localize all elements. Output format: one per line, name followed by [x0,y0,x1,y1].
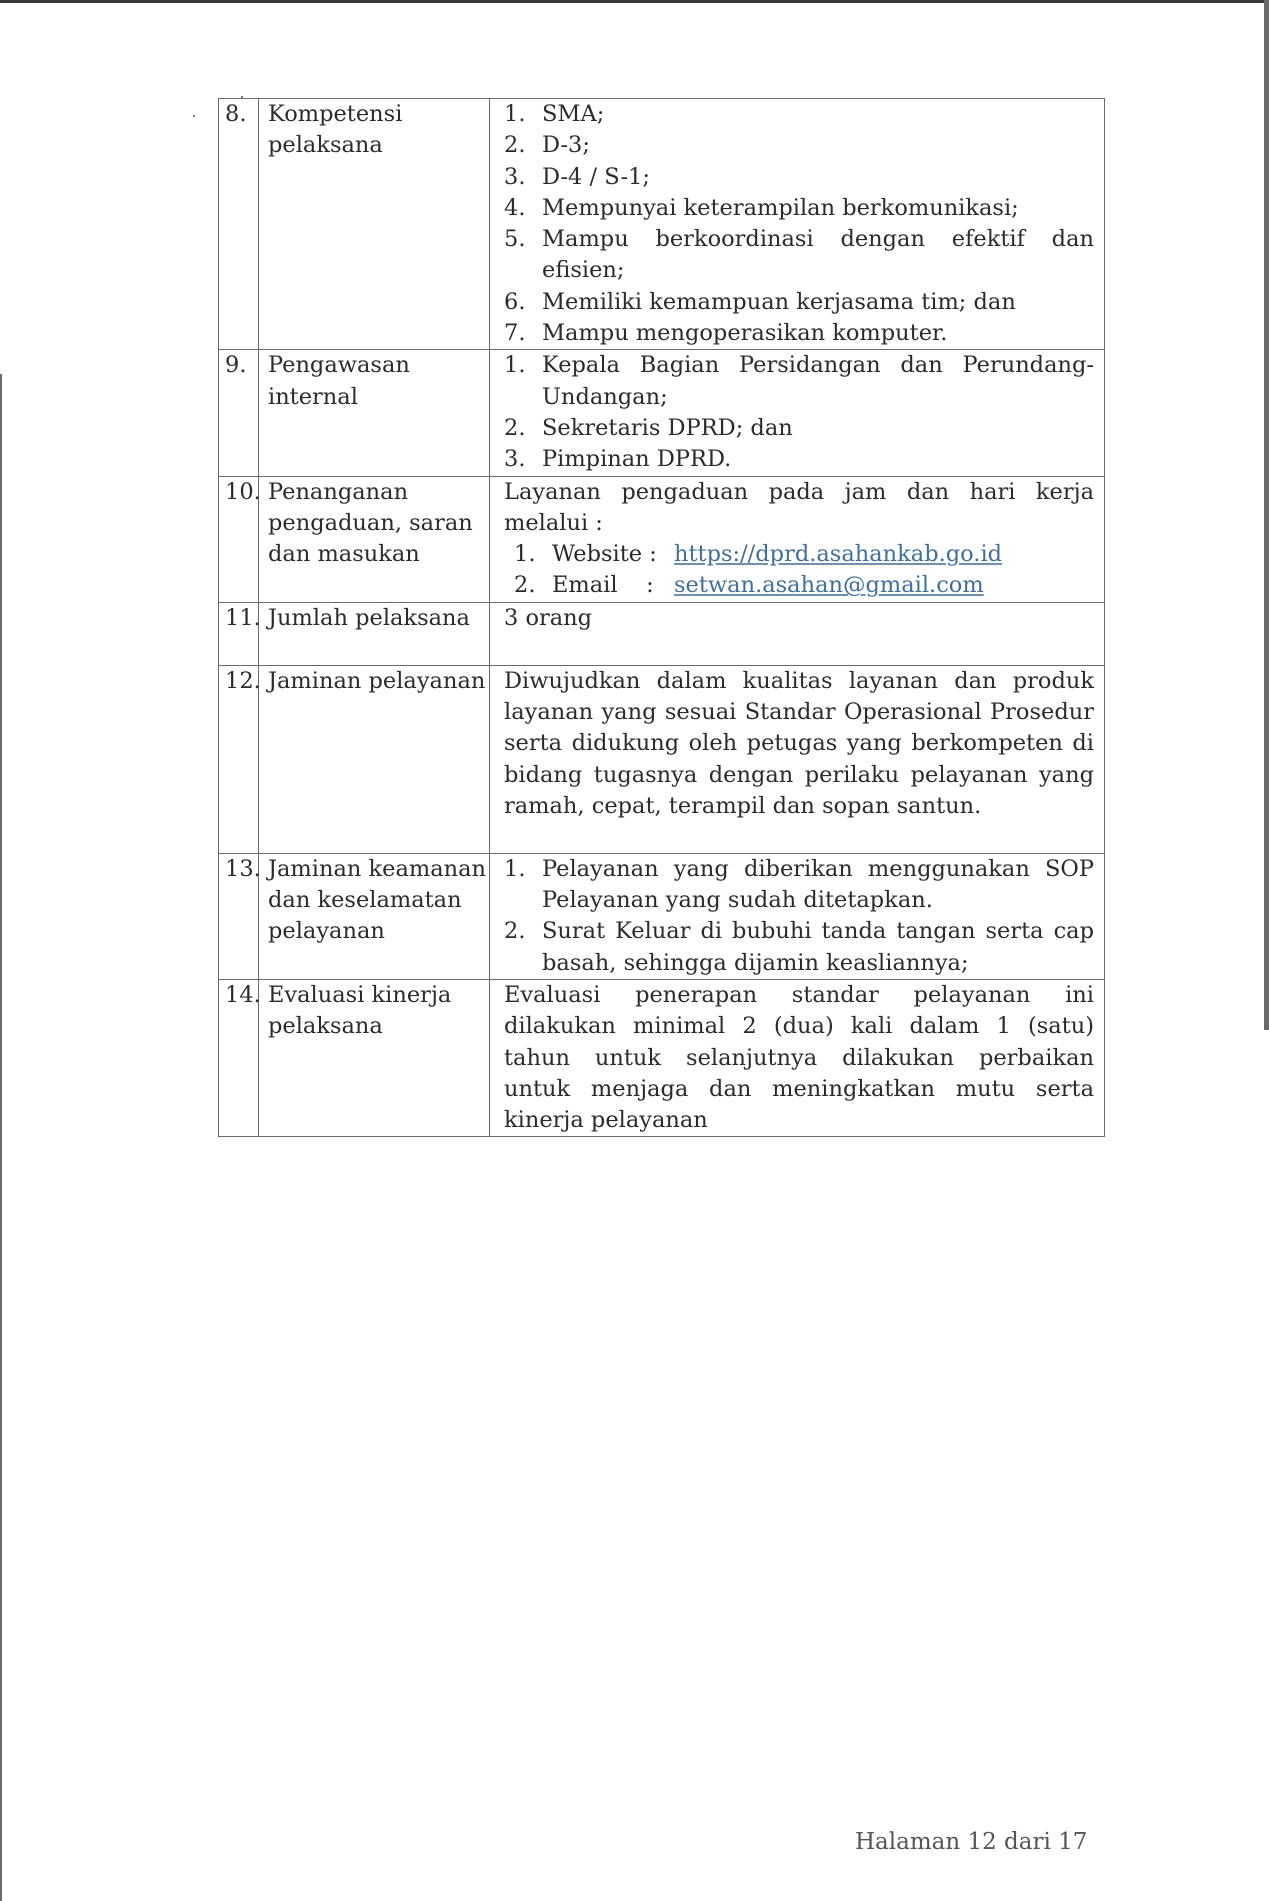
page-number: Halaman 12 dari 17 [855,1829,1087,1855]
row-value: 1.Kepala Bagian Persidangan dan Perundan… [490,350,1105,476]
row-value: Diwujudkan dalam kualitas layanan dan pr… [490,665,1105,853]
row-label: Evaluasi kinerja pelaksana [259,979,490,1136]
list-item: 6.Memiliki kemampuan kerjasama tim; dan [504,287,1094,318]
row-label: Kompetensi pelaksana [259,99,490,350]
table-row: 9. Pengawasan internal 1.Kepala Bagian P… [219,350,1105,476]
list-item: 2.Sekretaris DPRD; dan [504,413,1094,444]
table-row: 8. Kompetensi pelaksana 1.SMA; 2.D-3; 3.… [219,99,1105,350]
list-item: 4.Mempunyai keterampilan berkomunikasi; [504,193,1094,224]
scan-top-edge [0,0,1269,3]
list-item: 2.D-3; [504,130,1094,161]
competency-list: 1.SMA; 2.D-3; 3.D-4 / S-1; 4.Mempunyai k… [504,99,1094,349]
supervisor-list: 1.Kepala Bagian Persidangan dan Perundan… [504,350,1094,475]
row-number: 12. [219,665,259,853]
scan-speck [193,115,195,117]
list-item: 5.Mampu berkoordinasi dengan efektif dan… [504,224,1094,287]
row-label: Jumlah pelaksana [259,602,490,665]
service-standard-table: 8. Kompetensi pelaksana 1.SMA; 2.D-3; 3.… [218,98,1105,1137]
email-link[interactable]: setwan.asahan@gmail.com [674,570,984,601]
table-row: 13. Jaminan keamanan dan keselamatan pel… [219,853,1105,979]
row-value: 1.Pelayanan yang diberikan menggunakan S… [490,853,1105,979]
row-label: Pengawasan internal [259,350,490,476]
row-label: Jaminan pelayanan [259,665,490,853]
row-value: Layanan pengaduan pada jam dan hari kerj… [490,476,1105,602]
list-item: 1.Pelayanan yang diberikan menggunakan S… [504,854,1094,917]
table-row: 11. Jumlah pelaksana 3 orang [219,602,1105,665]
list-item: 1.SMA; [504,99,1094,130]
list-item: 3.Pimpinan DPRD. [504,444,1094,475]
row-value: 3 orang [490,602,1105,665]
row-number: 11. [219,602,259,665]
row-number: 8. [219,99,259,350]
table-row: 12. Jaminan pelayanan Diwujudkan dalam k… [219,665,1105,853]
row-label: Penanganan pengaduan, saran dan masukan [259,476,490,602]
contact-email: 2. Email : setwan.asahan@gmail.com [504,570,1094,601]
row-number: 14. [219,979,259,1136]
list-item: 1.Kepala Bagian Persidangan dan Perundan… [504,350,1094,413]
row-number: 9. [219,350,259,476]
list-item: 3.D-4 / S-1; [504,162,1094,193]
row-label: Jaminan keamanan dan keselamatan pelayan… [259,853,490,979]
table-row: 10. Penanganan pengaduan, saran dan masu… [219,476,1105,602]
contact-website: 1. Website : https://dprd.asahankab.go.i… [504,539,1094,570]
table-row: 14. Evaluasi kinerja pelaksana Evaluasi … [219,979,1105,1136]
website-link[interactable]: https://dprd.asahankab.go.id [674,539,1002,570]
row-number: 13. [219,853,259,979]
row-value: Evaluasi penerapan standar pelayanan ini… [490,979,1105,1136]
security-list: 1.Pelayanan yang diberikan menggunakan S… [504,854,1094,979]
scan-left-edge [0,374,2,1901]
complaint-intro: Layanan pengaduan pada jam dan hari kerj… [504,477,1094,540]
row-value: 1.SMA; 2.D-3; 3.D-4 / S-1; 4.Mempunyai k… [490,99,1105,350]
list-item: 2.Surat Keluar di bubuhi tanda tangan se… [504,916,1094,979]
list-item: 7.Mampu mengoperasikan komputer. [504,318,1094,349]
row-number: 10. [219,476,259,602]
scan-right-edge [1264,0,1269,1030]
